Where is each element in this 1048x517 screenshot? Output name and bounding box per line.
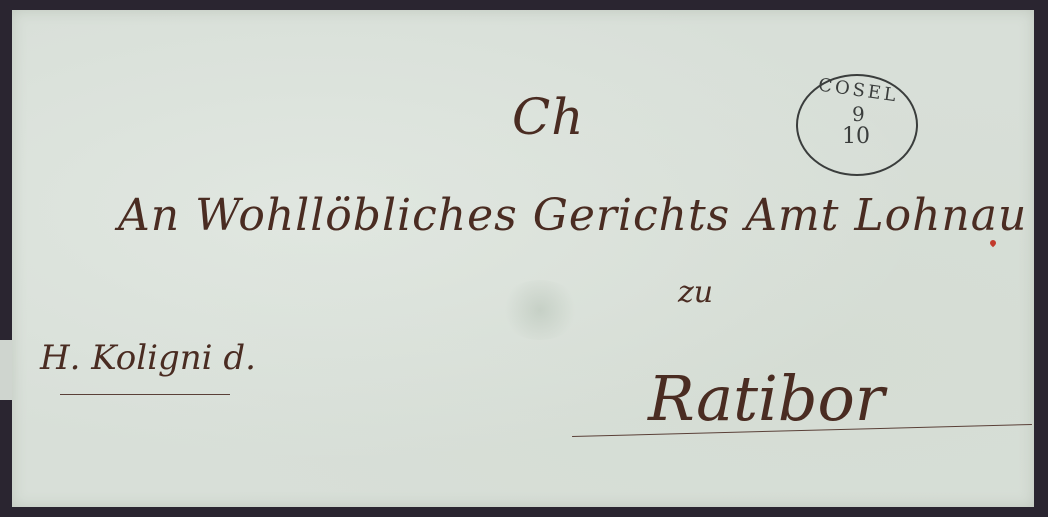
- sender-underline: [60, 394, 230, 395]
- addressee-line: An Wohllöbliches Gerichts Amt Lohnau: [118, 190, 1027, 241]
- postmark-day: 9: [852, 102, 865, 126]
- postmark-stamp: COSEL 9 10: [796, 74, 918, 176]
- paper-stain: [500, 280, 580, 340]
- sender-note: H. Koligni d.: [40, 338, 256, 378]
- destination-city: Ratibor: [648, 362, 884, 435]
- heading-abbreviation: Ch: [512, 88, 584, 146]
- preposition-zu: zu: [678, 275, 713, 310]
- postmark-month: 10: [842, 124, 870, 149]
- scan-edge-strip: [0, 340, 12, 400]
